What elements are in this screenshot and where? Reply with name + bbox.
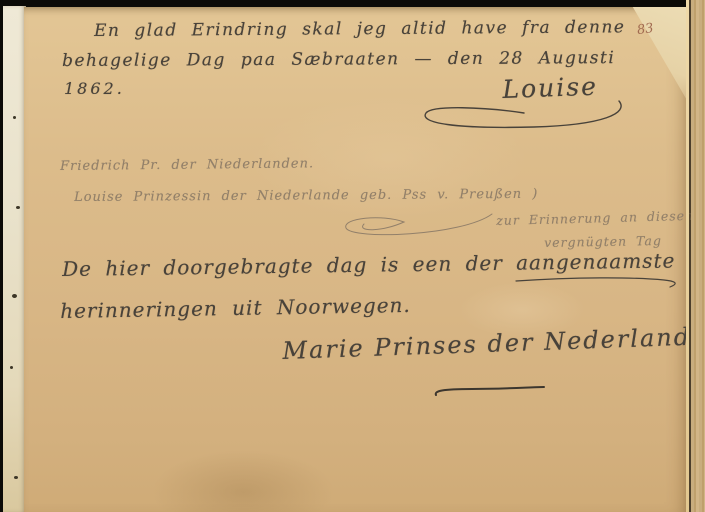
pencil-note-line1: Friedrich Pr. der Niederlanden. [60, 156, 314, 174]
book-binding-edge [3, 6, 26, 512]
album-page: 83 En glad Erindring skal jeg altid have… [24, 7, 688, 512]
louise-entry-line1: En glad Erindring skal jeg altid have fr… [94, 17, 626, 41]
paper-speck [10, 366, 13, 369]
marie-signature-flourish [432, 385, 547, 399]
paper-speck [12, 294, 17, 298]
paper-speck [16, 206, 20, 209]
paper-speck [13, 116, 16, 119]
louise-entry-line2: behagelige Dag paa Sæbraaten — den 28 Au… [62, 48, 615, 71]
marie-signature: Marie Prinses der Nederlanden [282, 322, 705, 365]
louise-entry-line3: 1862. [64, 79, 125, 98]
louise-signature-flourish [414, 95, 634, 135]
paper-speck [14, 476, 18, 479]
marie-entry-line2: herinneringen uit Noorwegen. [60, 293, 411, 323]
book-fore-edge [691, 0, 705, 512]
pencil-note-line3: zur Erinnerung an diesen [496, 208, 694, 228]
page-number: 83 [636, 21, 654, 38]
pencil-flourish [342, 210, 497, 242]
pencil-note-line2: Louise Prinzessin der Niederlande geb. P… [74, 187, 538, 205]
pencil-note-line4: vergnügten Tag [544, 233, 662, 250]
underline-flourish [514, 275, 684, 289]
underlying-page-corner [628, 7, 688, 102]
